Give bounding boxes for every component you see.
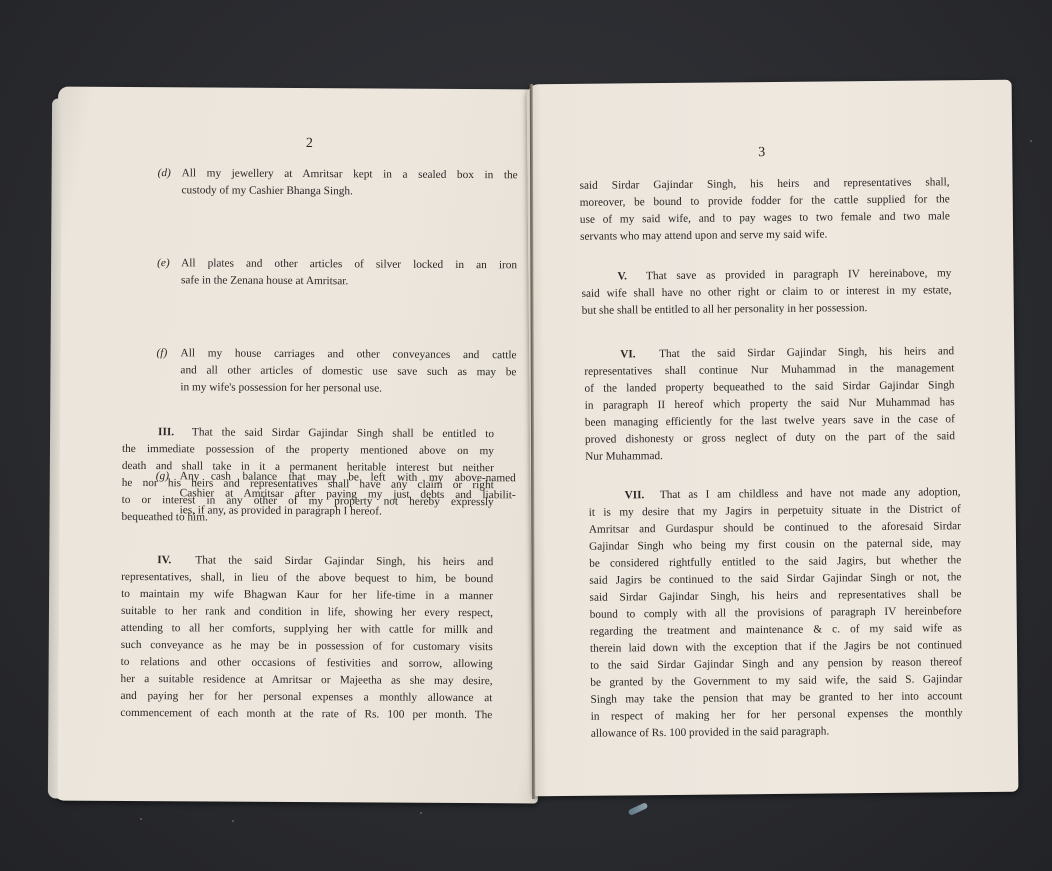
paragraph-number: V. — [617, 270, 627, 282]
text-line: allowance of Rs. 100 provided in the sai… — [591, 722, 963, 743]
paragraph-VII: VII. That as I am childless and have not… — [588, 484, 962, 743]
dust-speck — [420, 812, 422, 814]
list-item-d: (d) All my jewellery at Amritsar kept in… — [157, 165, 517, 201]
paragraph-V: V. That save as provided in paragraph IV… — [581, 265, 951, 320]
paragraph-number: III. — [158, 426, 174, 438]
paragraph-number: VI. — [620, 348, 636, 360]
text-line: That as I am childless and have not made… — [660, 486, 961, 501]
page-number: 2 — [306, 136, 313, 152]
text-line: said wife shall have no other right or c… — [582, 282, 952, 303]
text-line: Nur Muhammad. — [585, 445, 955, 466]
text-line: in respect of making her for her persona… — [591, 705, 963, 726]
text-line: use of my said wife, and to pay wages to… — [580, 208, 950, 229]
paragraph-number: VII. — [624, 489, 644, 501]
text-line: in my wife's possession for her personal… — [180, 379, 516, 398]
text-line: That the said Sirdar Gajindar Singh, his… — [659, 345, 954, 360]
text-line: proved dishonesty or gross neglect of du… — [585, 428, 955, 449]
paragraph-IV-continued: said Sirdar Gajindar Singh, his heirs an… — [579, 174, 950, 246]
text-line: All my house carriages and other conveya… — [181, 345, 517, 364]
paragraph-IV: IV. That the said Sirdar Gajindar Singh,… — [120, 552, 493, 724]
list-item-f: (f) All my house carriages and other con… — [156, 345, 516, 398]
dust-speck — [140, 818, 142, 820]
text-line: and all other articles of domestic use s… — [180, 362, 516, 381]
paragraph-number: IV. — [157, 554, 171, 566]
item-label: (e) — [157, 255, 170, 272]
item-label: (f) — [157, 345, 168, 362]
right-page: 3 said Sirdar Gajindar Singh, his heirs … — [527, 80, 1019, 797]
list-item-e: (e) All plates and other articles of sil… — [157, 255, 517, 291]
item-label: (d) — [158, 165, 171, 182]
text-line: custody of my Cashier Bhanga Singh. — [181, 182, 517, 201]
page-number: 3 — [758, 145, 765, 161]
left-page: 2 (d) All my jewellery at Amritsar kept … — [54, 87, 542, 804]
text-line: All plates and other articles of silver … — [181, 255, 517, 274]
text-line: commencement of each month at the rate o… — [120, 705, 492, 724]
text-line: safe in the Zenana house at Amritsar. — [181, 272, 517, 291]
text-line: That the said Sirdar Gajindar Singh shal… — [192, 426, 494, 440]
dust-speck — [1030, 140, 1032, 142]
dust-speck — [232, 820, 234, 822]
text-line: That the said Sirdar Gajindar Singh, his… — [195, 554, 493, 568]
fleck — [628, 802, 649, 816]
paragraph-VI: VI. That the said Sirdar Gajindar Singh,… — [584, 343, 955, 466]
text-line: All my jewellery at Amritsar kept in a s… — [182, 165, 518, 184]
paragraph-III: III. That the said Sirdar Gajindar Singh… — [122, 424, 495, 528]
text-line: bequeathed to him. — [122, 509, 494, 528]
text-line: That save as provided in paragraph IV he… — [646, 267, 952, 282]
text-line: but she shall be entitled to all her per… — [582, 299, 952, 320]
text-line: servants who may attend upon and serve m… — [580, 225, 950, 246]
